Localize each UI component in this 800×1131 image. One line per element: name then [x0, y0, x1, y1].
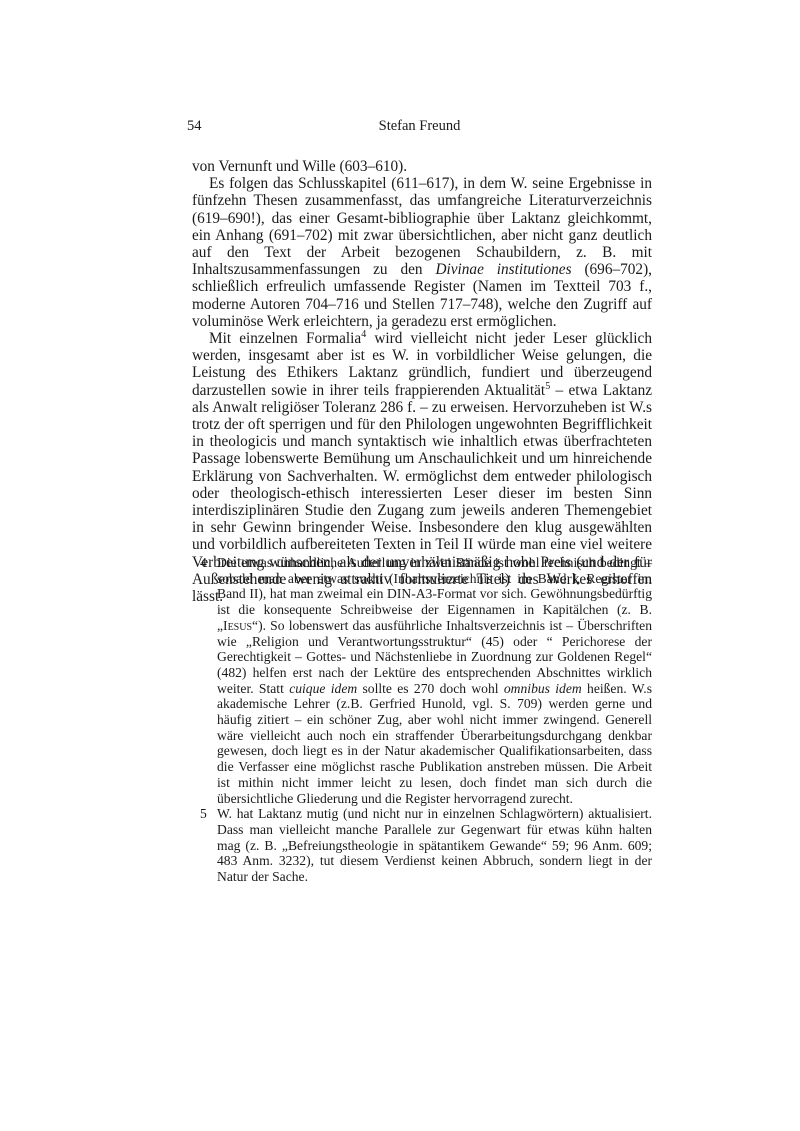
- text-segment: von Vernunft und Wille (603–610).: [192, 158, 407, 175]
- footnote-4: 4Die etwas unhandliche Aufteilung in zwe…: [200, 555, 652, 806]
- text-segment: sollte es 270 doch wohl: [357, 681, 504, 696]
- text-segment: Mit einzelnen Formalia: [209, 330, 361, 347]
- footnotes: 4Die etwas unhandliche Aufteilung in zwe…: [200, 555, 652, 885]
- footnote-5: 5W. hat Laktanz mutig (und nicht nur in …: [200, 806, 652, 885]
- running-header: 54 Stefan Freund: [187, 118, 652, 138]
- document-page: 54 Stefan Freund von Vernunft und Wille …: [0, 0, 800, 1131]
- text-segment: W. hat Laktanz mutig (und nicht nur in e…: [217, 806, 652, 884]
- footnote-number: 4: [200, 555, 207, 571]
- text-segment: heißen. W.s akademische Lehrer (z.B. Ger…: [217, 681, 652, 806]
- italic-phrase: cuique idem: [289, 681, 357, 696]
- paragraph-conclusion-chapter: Es folgen das Schlusskapitel (611–617), …: [192, 175, 652, 330]
- running-head-author: Stefan Freund: [187, 118, 652, 135]
- italic-title: Divinae institutiones: [435, 261, 571, 278]
- paragraph-continuation: von Vernunft und Wille (603–610).: [192, 158, 652, 175]
- footnote-number: 5: [200, 806, 207, 822]
- body-text: von Vernunft und Wille (603–610). Es fol…: [192, 158, 652, 605]
- italic-phrase: omnibus idem: [504, 681, 582, 696]
- small-caps-name: Iesus: [223, 618, 252, 633]
